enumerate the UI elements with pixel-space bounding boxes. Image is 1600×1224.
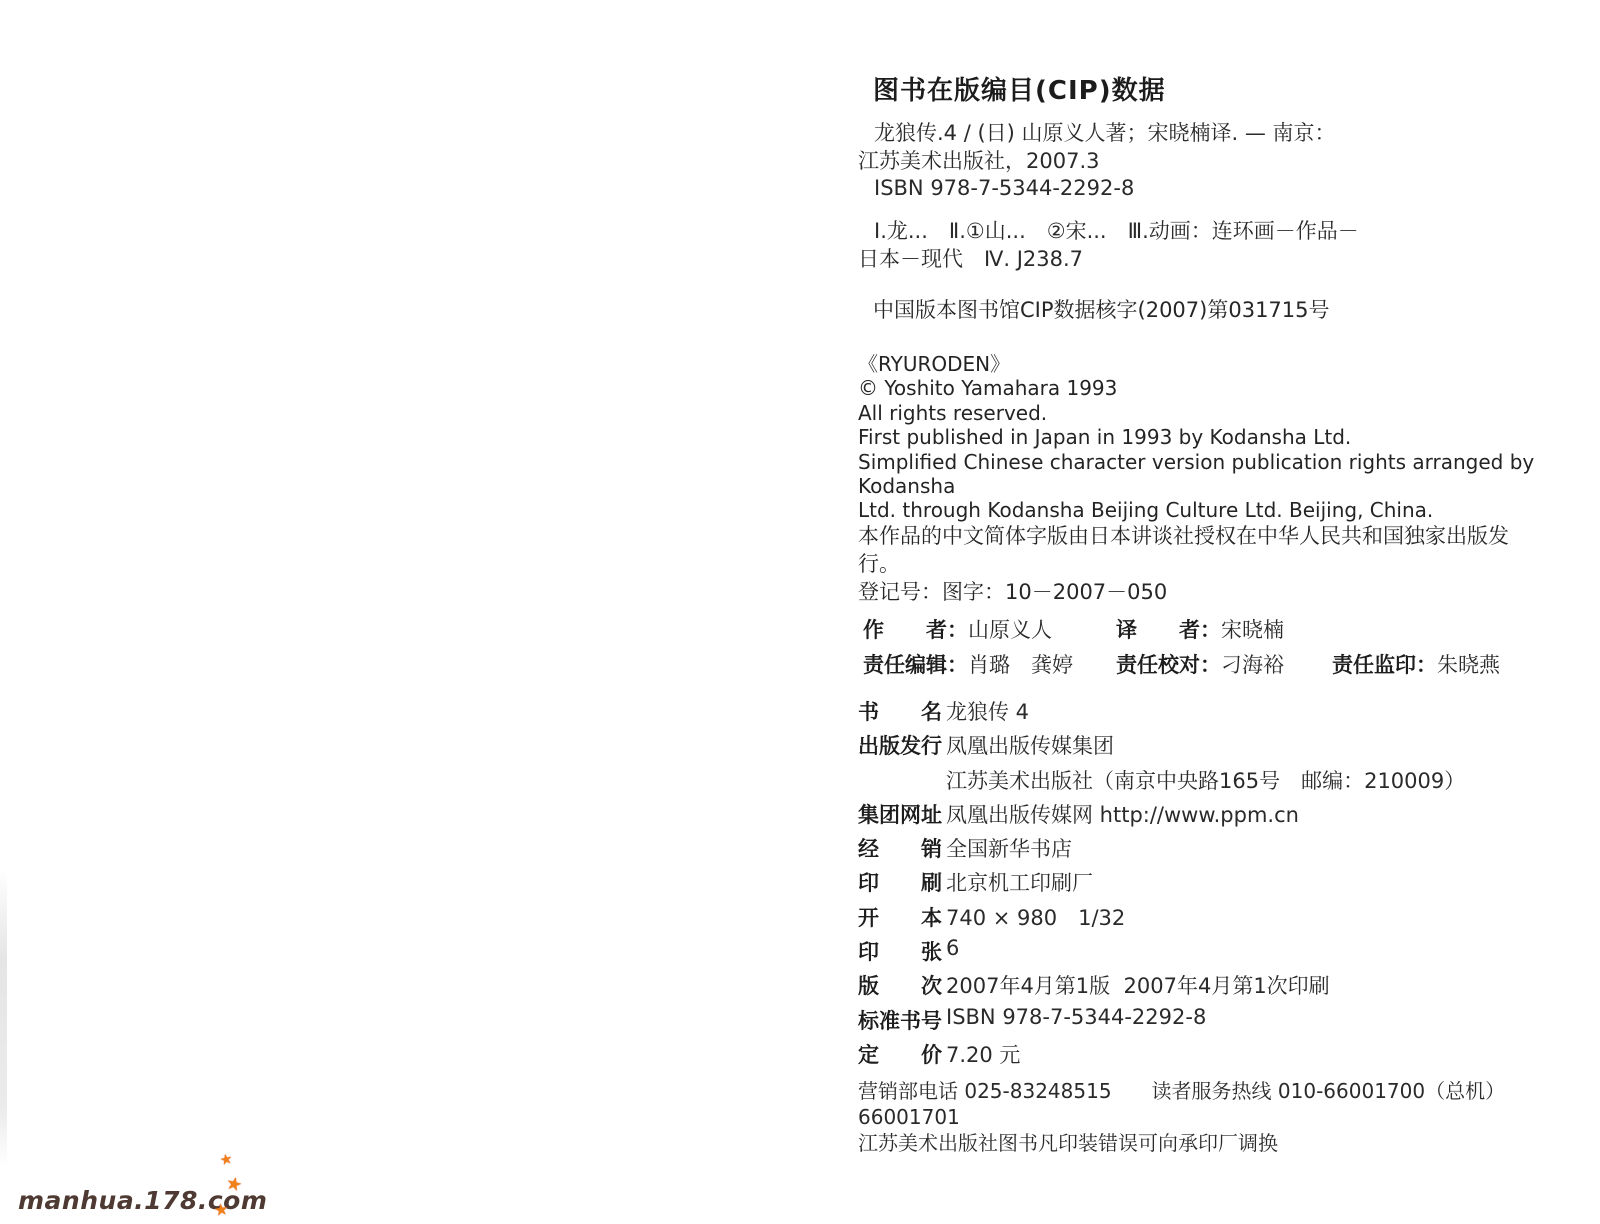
cip-description-line1: 龙狼传.4 / (日) 山原义人著；宋晓楠译. — 南京： — [858, 120, 1548, 148]
cip-description: 龙狼传.4 / (日) 山原义人著；宋晓楠译. — 南京： 江苏美术出版社，20… — [858, 120, 1548, 203]
row-label: 印 张 — [858, 936, 946, 966]
row-label: 经 销 — [858, 833, 946, 863]
editor-label: 责任编辑： — [863, 653, 968, 677]
cip-classification: Ⅰ.龙... Ⅱ.①山... ②宋... Ⅲ.动画：连环画－作品－ 日本－现代 … — [858, 218, 1548, 273]
colophon-row-sheets: 印 张 6 — [858, 936, 1548, 970]
colophon-row-format: 开 本 740 × 980 1/32 — [858, 902, 1548, 936]
row-label: 集团网址 — [858, 799, 946, 829]
colophon-row-publisher-address: 江苏美术出版社（南京中央路165号 邮编：210009） — [858, 765, 1548, 799]
row-value: 7.20 元 — [946, 1039, 1020, 1069]
credits-row-1: 作 者：山原义人 译 者：宋晓楠 — [858, 614, 1558, 644]
print-supervisor-entry: 责任监印：朱晓燕 — [1332, 649, 1500, 679]
row-label: 出版发行 — [858, 730, 946, 760]
author-label: 作 者： — [863, 618, 968, 642]
star-icon: ★ — [213, 1199, 230, 1220]
footer-phone-line: 营销部电话 025-83248515 读者服务热线 010-66001700（总… — [858, 1078, 1548, 1130]
row-label: 标准书号 — [858, 1005, 946, 1035]
colophon-row-price: 定 价 7.20 元 — [858, 1039, 1548, 1073]
print-supervisor-label: 责任监印： — [1332, 653, 1437, 677]
translator-label: 译 者： — [1116, 618, 1221, 642]
footer-contact: 营销部电话 025-83248515 读者服务热线 010-66001700（总… — [858, 1078, 1548, 1156]
colophon-row-isbn: 标准书号 ISBN 978-7-5344-2292-8 — [858, 1005, 1548, 1039]
proofreader-value: 刁海裕 — [1221, 653, 1284, 677]
colophon-row-group-website: 集团网址 凤凰出版传媒网 http://www.ppm.cn — [858, 799, 1548, 833]
copyright-author-year: © Yoshito Yamahara 1993 — [858, 376, 1548, 400]
cip-classification-line1: Ⅰ.龙... Ⅱ.①山... ②宋... Ⅲ.动画：连环画－作品－ — [858, 218, 1548, 246]
colophon-row-publisher: 出版发行 凤凰出版传媒集团 — [858, 730, 1548, 764]
row-label: 开 本 — [858, 902, 946, 932]
row-value: 6 — [946, 936, 959, 960]
row-value: 740 × 980 1/32 — [946, 902, 1125, 932]
cip-isbn-line: ISBN 978-7-5344-2292-8 — [858, 175, 1548, 203]
copyright-rights-reserved: All rights reserved. — [858, 401, 1548, 425]
colophon-row-edition: 版 次 2007年4月第1版 2007年4月第1次印刷 — [858, 970, 1548, 1004]
copyright-arrangement-line2: Ltd. through Kodansha Beijing Culture Lt… — [858, 498, 1548, 522]
author-value: 山原义人 — [968, 618, 1052, 642]
copyright-series-title: 《RYURODEN》 — [858, 352, 1548, 376]
footer-exchange-line: 江苏美术出版社图书凡印装错误可向承印厂调换 — [858, 1130, 1548, 1156]
colophon-table: 书 名 龙狼传 4 出版发行 凤凰出版传媒集团 江苏美术出版社（南京中央路165… — [858, 696, 1548, 1073]
print-supervisor-value: 朱晓燕 — [1437, 653, 1500, 677]
copyright-first-published: First published in Japan in 1993 by Koda… — [858, 425, 1548, 449]
chinese-rights-statement: 本作品的中文简体字版由日本讲谈社授权在中华人民共和国独家出版发行。 登记号：图字… — [858, 522, 1548, 606]
row-label: 印 刷 — [858, 867, 946, 897]
star-icon: ★ — [224, 1172, 245, 1196]
author-entry: 作 者：山原义人 — [863, 614, 1052, 644]
row-value: ISBN 978-7-5344-2292-8 — [946, 1005, 1206, 1029]
chinese-rights-line: 本作品的中文简体字版由日本讲谈社授权在中华人民共和国独家出版发行。 — [858, 522, 1548, 578]
proofreader-label: 责任校对： — [1116, 653, 1221, 677]
row-label: 定 价 — [858, 1039, 946, 1069]
copyright-arrangement-line1: Simplified Chinese character version pub… — [858, 450, 1548, 499]
editor-entry: 责任编辑：肖璐 龚婷 — [863, 649, 1073, 679]
row-value: 凤凰出版传媒集团 — [946, 730, 1114, 760]
editor-value: 肖璐 龚婷 — [968, 653, 1073, 677]
proofreader-entry: 责任校对：刁海裕 — [1116, 649, 1284, 679]
credits-row-2: 责任编辑：肖璐 龚婷 责任校对：刁海裕 责任监印：朱晓燕 — [858, 649, 1558, 679]
scan-shadow-artifact — [0, 868, 7, 1168]
row-value: 龙狼传 4 — [946, 696, 1029, 726]
cip-description-line2: 江苏美术出版社，2007.3 — [858, 148, 1548, 176]
book-colophon-page: 图书在版编目(CIP)数据 龙狼传.4 / (日) 山原义人著；宋晓楠译. — … — [0, 0, 1600, 1224]
row-value: 江苏美术出版社（南京中央路165号 邮编：210009） — [946, 765, 1465, 795]
row-value: 北京机工印刷厂 — [946, 867, 1093, 897]
copyright-notice: 《RYURODEN》 © Yoshito Yamahara 1993 All r… — [858, 352, 1548, 523]
colophon-row-book-title: 书 名 龙狼传 4 — [858, 696, 1548, 730]
star-icon: ★ — [218, 1151, 234, 1169]
watermark-stars: ★ ★ ★ — [208, 1152, 248, 1224]
cip-title: 图书在版编目(CIP)数据 — [858, 70, 1548, 107]
colophon-row-printer: 印 刷 北京机工印刷厂 — [858, 867, 1548, 901]
translator-value: 宋晓楠 — [1221, 618, 1284, 642]
row-value: 全国新华书店 — [946, 833, 1072, 863]
translator-entry: 译 者：宋晓楠 — [1116, 614, 1284, 644]
row-value: 凤凰出版传媒网 http://www.ppm.cn — [946, 799, 1299, 829]
cip-classification-line2: 日本－现代 Ⅳ. J238.7 — [858, 246, 1548, 274]
row-value: 2007年4月第1版 2007年4月第1次印刷 — [946, 970, 1330, 1000]
row-label: 书 名 — [858, 696, 946, 726]
colophon-row-distribution: 经 销 全国新华书店 — [858, 833, 1548, 867]
registration-number-line: 登记号：图字：10－2007－050 — [858, 578, 1548, 606]
row-label: 版 次 — [858, 970, 946, 1000]
cip-record-number: 中国版本图书馆CIP数据核字(2007)第031715号 — [858, 294, 1548, 324]
